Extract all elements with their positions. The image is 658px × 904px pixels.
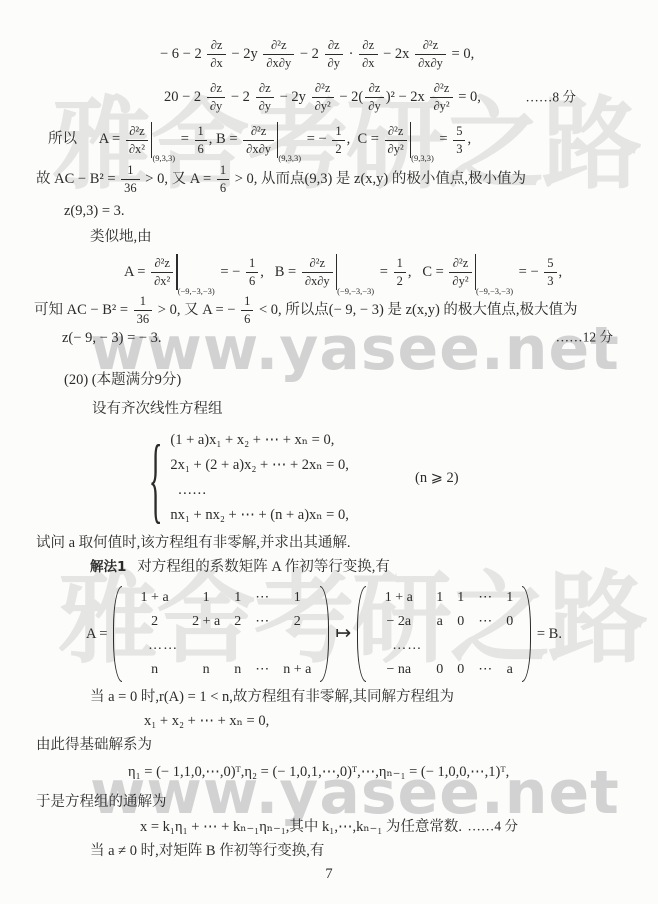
- matrix-cell: 0: [450, 610, 471, 634]
- fraction: 12: [332, 124, 344, 157]
- fraction-numerator: 1: [217, 163, 229, 180]
- fraction-numerator: 5: [453, 124, 465, 141]
- fraction: ∂²z∂x∂y: [243, 124, 274, 157]
- text-run: = −: [303, 131, 330, 147]
- fraction-numerator: ∂²z: [126, 124, 148, 141]
- fraction: 16: [246, 256, 258, 289]
- math-expression: 试问 a 取何值时,该方程组有非零解,并求出其通解.: [36, 535, 351, 551]
- text-run: (20) (本题满分9分): [64, 372, 181, 388]
- text-run: − 2: [227, 89, 253, 105]
- text-run: x = k₁η₁ + ⋯ + kₙ₋₁ηₙ₋₁,其中 k₁,⋯,kₙ₋₁ 为任意…: [140, 819, 462, 835]
- evaluation-bar: (−9,−3,−3): [475, 254, 513, 290]
- fraction-numerator: 1: [241, 294, 253, 311]
- math-expression: z(− 9, − 3) = − 3.: [62, 330, 162, 346]
- system-equation: (1 + a)x₁ + x₂ + ⋯ + xₙ = 0,: [170, 428, 349, 453]
- text-run: )² − 2x: [386, 89, 429, 105]
- text-run: A =: [124, 264, 149, 280]
- matrix-rhs-label: = B.: [533, 625, 562, 643]
- text-run: (1 + a)x₁ + x₂ + ⋯ + xₙ = 0,: [170, 432, 334, 448]
- fraction-denominator: ∂y: [207, 98, 225, 114]
- text-run: ·: [345, 46, 357, 62]
- fraction-numerator: 1: [394, 256, 406, 273]
- matrix-rows: 1 + a11⋯1− 2aa0⋯0……− na00⋯a: [368, 586, 520, 682]
- text-run: = 0,: [448, 46, 474, 62]
- math-expression: nx₁ + nx₂ + ⋯ + (n + a)xₙ = 0,: [170, 507, 349, 523]
- fraction: 136: [134, 294, 153, 327]
- matrix-cell: ⋯: [248, 586, 276, 610]
- text-run: 故 AC − B² =: [36, 171, 119, 187]
- fraction-denominator: 2: [394, 273, 406, 289]
- text-run: > 0, 从而点(9,3) 是 z(x,y) 的极小值点,极小值为: [231, 171, 526, 187]
- fraction: 136: [121, 163, 140, 196]
- matrix-cell: ⋯: [248, 610, 276, 634]
- text-run: − 2x: [380, 46, 414, 62]
- matrix-cell: ⋯: [471, 658, 499, 682]
- matrix-row: 22 + a2⋯2: [124, 610, 318, 634]
- maximum-value: z(− 9, − 3) = − 3.……12 分: [0, 329, 658, 347]
- right-paren: [320, 586, 329, 682]
- text-run: = −: [515, 264, 542, 280]
- matrix-lhs-label: A =: [86, 625, 111, 643]
- fraction-denominator: 3: [544, 273, 556, 289]
- fraction-numerator: ∂²z: [151, 256, 173, 273]
- fraction-denominator: 6: [217, 180, 229, 196]
- fraction-denominator: ∂y: [325, 55, 343, 71]
- fraction-numerator: ∂²z: [312, 81, 334, 98]
- fraction-numerator: 1: [195, 124, 207, 141]
- text-run: > 0, 又 A =: [142, 171, 215, 187]
- fraction-numerator: 1: [246, 256, 258, 273]
- system-equation: 2x₁ + (2 + a)x₂ + ⋯ + 2xₙ = 0,: [170, 453, 349, 478]
- fraction-numerator: ∂z: [365, 81, 383, 98]
- text-run: =: [436, 131, 451, 147]
- text-run: , B =: [209, 131, 241, 147]
- problem-20-header: (20) (本题满分9分): [0, 371, 658, 389]
- text-run: nx₁ + nx₂ + ⋯ + (n + a)xₙ = 0,: [170, 507, 349, 523]
- text-run: ……: [170, 482, 206, 498]
- matrix-row: − na00⋯a: [368, 658, 520, 682]
- text-run: =: [177, 131, 192, 147]
- math-expression: A = ∂²z∂x²(−9,−3,−3) = − 16, B = ∂²z∂x∂y…: [124, 264, 562, 280]
- fraction: ∂z∂y: [256, 81, 274, 114]
- fraction: 16: [217, 163, 229, 196]
- fraction-numerator: ∂z: [207, 38, 225, 55]
- matrix-row-reduction: A = 1 + a11⋯122 + a2⋯2……nnn⋯n + a↦1 + a1…: [0, 586, 658, 682]
- matrix-cell: 1: [276, 586, 318, 610]
- fraction-denominator: 36: [121, 180, 140, 196]
- text-run: η₁ = (− 1,1,0,⋯,0)ᵀ,η₂ = (− 1,0,1,⋯,0)ᵀ,…: [128, 764, 509, 780]
- text-run: , C =: [347, 131, 383, 147]
- matrix-rows: 1 + a11⋯122 + a2⋯2……nnn⋯n + a: [124, 586, 318, 682]
- text-run: 由此得基础解系为: [36, 737, 152, 753]
- scanned-document-page: 雅舍考研之路 www.yasee.net 雅舍考研之路 www.yasee.ne…: [0, 0, 658, 904]
- fraction-denominator: ∂x∂y: [302, 273, 333, 289]
- text-run: 设有齐次线性方程组: [92, 401, 223, 417]
- text-run: ,: [467, 131, 471, 147]
- math-expression: ……: [170, 482, 206, 498]
- text-run: z(− 9, − 3) = − 3.: [62, 330, 162, 346]
- math-expression: 解法1 对方程组的系数矩阵 A 作初等行变换,有: [90, 559, 390, 575]
- text-run: 试问 a 取何值时,该方程组有非零解,并求出其通解.: [36, 535, 351, 551]
- score-mark: ……4 分: [467, 818, 518, 835]
- fraction-denominator: 6: [241, 311, 253, 327]
- math-expression: z(9,3) = 3.: [64, 203, 125, 219]
- evaluation-bar: (9,3,3): [410, 122, 434, 158]
- math-expression: 当 a = 0 时,r(A) = 1 < n,故方程组有非零解,其同解方程组为: [90, 689, 454, 705]
- fraction-denominator: ∂x: [359, 55, 377, 71]
- fraction: ∂²z∂y²: [430, 81, 452, 114]
- matrix-cell: − 2a: [368, 610, 429, 634]
- fraction-denominator: ∂y: [256, 98, 274, 114]
- text-run: 7: [325, 866, 332, 882]
- evaluation-bar: (−9,−3,−3): [176, 254, 214, 290]
- text-run: − 2y: [276, 89, 310, 105]
- fraction-denominator: ∂y²: [312, 98, 334, 114]
- matrix-cell: 0: [429, 658, 450, 682]
- math-expression: η₁ = (− 1,1,0,⋯,0)ᵀ,η₂ = (− 1,0,1,⋯,0)ᵀ,…: [128, 764, 509, 780]
- matrix-cell: 2 + a: [185, 610, 227, 634]
- score-mark: ……8 分: [525, 89, 576, 106]
- minimum-value: z(9,3) = 3.: [0, 202, 658, 220]
- fraction-denominator: 6: [246, 273, 258, 289]
- equation-second-partials-y: 20 − 2 ∂z∂y − 2 ∂z∂y − 2y ∂²z∂y² − 2(∂z∂…: [0, 81, 658, 114]
- fraction-numerator: ∂²z: [302, 256, 333, 273]
- matrix-cell: 2: [227, 610, 248, 634]
- text-run: 类似地,由: [90, 229, 152, 245]
- matrix-row: 1 + a11⋯1: [124, 586, 318, 610]
- matrix-cell: n: [227, 658, 248, 682]
- system-rows: (1 + a)x₁ + x₂ + ⋯ + xₙ = 0,2x₁ + (2 + a…: [170, 428, 349, 528]
- fraction-numerator: ∂²z: [263, 38, 294, 55]
- fraction-denominator: 3: [453, 141, 465, 157]
- fraction-numerator: 1: [121, 163, 140, 180]
- text-run: 当 a = 0 时,r(A) = 1 < n,故方程组有非零解,其同解方程组为: [90, 689, 454, 705]
- text-run: 2x₁ + (2 + a)x₂ + ⋯ + 2xₙ = 0,: [170, 457, 349, 473]
- right-paren: [522, 586, 531, 682]
- fraction-denominator: ∂y²: [385, 141, 407, 157]
- matrix-cell: ⋯: [471, 586, 499, 610]
- fraction-numerator: ∂²z: [385, 124, 407, 141]
- math-expression: 7: [325, 866, 332, 882]
- fraction-numerator: ∂z: [256, 81, 274, 98]
- basis-intro: 由此得基础解系为: [0, 736, 658, 754]
- text-run: − 2(: [336, 89, 364, 105]
- fraction: ∂²z∂y²: [449, 256, 471, 289]
- text-run: z(9,3) = 3.: [64, 203, 125, 219]
- solution-1-header: 解法1 对方程组的系数矩阵 A 作初等行变换,有: [0, 558, 658, 576]
- fraction-denominator: ∂y: [365, 98, 383, 114]
- text-run: ,: [559, 264, 563, 280]
- fraction: 12: [394, 256, 406, 289]
- text-run: = 0,: [455, 89, 481, 105]
- reduced-equation: x₁ + x₂ + ⋯ + xₙ = 0,: [0, 712, 658, 730]
- left-paren: [113, 586, 122, 682]
- matrix-cell: a: [429, 610, 450, 634]
- matrix-cell: ⋯: [471, 610, 499, 634]
- matrix-row: − 2aa0⋯0: [368, 610, 520, 634]
- matrix-cell: n + a: [276, 658, 318, 682]
- problem-20-intro: 设有齐次线性方程组: [0, 400, 658, 418]
- fraction-denominator: ∂x: [207, 55, 225, 71]
- general-solution-intro: 于是方程组的通解为: [0, 793, 658, 811]
- matrix-cell: 1: [450, 586, 471, 610]
- abc-values-at-maximum: A = ∂²z∂x²(−9,−3,−3) = − 16, B = ∂²z∂x∂y…: [0, 254, 658, 290]
- fraction-denominator: 2: [332, 141, 344, 157]
- matrix-cell: n: [185, 658, 227, 682]
- fraction-denominator: ∂x∂y: [243, 141, 274, 157]
- fraction-numerator: ∂z: [207, 81, 225, 98]
- math-expression: 所以 A = ∂²z∂x²(9,3,3) = 16, B = ∂²z∂x∂y(9…: [48, 131, 471, 147]
- matrix-B: 1 + a11⋯1− 2aa0⋯0……− na00⋯a: [357, 586, 531, 682]
- fraction: ∂z∂y: [325, 38, 343, 71]
- matrix-cell: 0: [450, 658, 471, 682]
- fraction-numerator: ∂²z: [449, 256, 471, 273]
- fraction-denominator: ∂x∂y: [263, 55, 294, 71]
- fraction-numerator: ∂z: [359, 38, 377, 55]
- matrix-cell: 1: [227, 586, 248, 610]
- text-run: > 0, 又 A = −: [154, 302, 239, 318]
- math-expression: x₁ + x₂ + ⋯ + xₙ = 0,: [144, 713, 269, 729]
- system-condition: (n ⩾ 2): [415, 469, 459, 487]
- text-run: − 6 − 2: [160, 46, 205, 62]
- fraction-denominator: ∂y²: [449, 273, 471, 289]
- math-expression: 2x₁ + (2 + a)x₂ + ⋯ + 2xₙ = 0,: [170, 457, 349, 473]
- math-expression: 于是方程组的通解为: [36, 794, 167, 810]
- matrix-cell: 1: [429, 586, 450, 610]
- system-equation: ……: [170, 478, 349, 503]
- fraction-denominator: ∂x²: [126, 141, 148, 157]
- fraction: ∂²z∂x∂y: [415, 38, 446, 71]
- text-run: x₁ + x₂ + ⋯ + xₙ = 0,: [144, 713, 269, 729]
- fraction-denominator: ∂x∂y: [415, 55, 446, 71]
- score-mark: ……12 分: [556, 330, 613, 347]
- matrix-cell: 2: [124, 610, 185, 634]
- fraction: ∂z∂y: [207, 81, 225, 114]
- evaluation-bar: (−9,−3,−3): [336, 254, 374, 290]
- case-a-nonzero: 当 a ≠ 0 时,对矩阵 B 作初等行变换,有: [0, 842, 658, 860]
- fraction: ∂z∂x: [207, 38, 225, 71]
- matrix-row: ……: [124, 634, 318, 658]
- math-expression: 类似地,由: [90, 229, 152, 245]
- matrix-cell: a: [499, 658, 520, 682]
- equation-second-partials-x: − 6 − 2 ∂z∂x − 2y ∂²z∂x∂y − 2 ∂z∂y · ∂z∂…: [0, 38, 658, 71]
- text-run: 当 a ≠ 0 时,对矩阵 B 作初等行变换,有: [90, 843, 324, 859]
- fraction-denominator: 6: [195, 141, 207, 157]
- matrix-cell: ……: [368, 634, 429, 658]
- fraction: ∂²z∂y²: [312, 81, 334, 114]
- case-a-equals-zero: 当 a = 0 时,r(A) = 1 < n,故方程组有非零解,其同解方程组为: [0, 688, 658, 706]
- math-expression: 20 − 2 ∂z∂y − 2 ∂z∂y − 2y ∂²z∂y² − 2(∂z∂…: [164, 89, 481, 105]
- fraction: ∂z∂y: [365, 81, 383, 114]
- fraction-numerator: ∂²z: [430, 81, 452, 98]
- matrix-cell: n: [124, 658, 185, 682]
- row-reduction-arrow: ↦: [335, 622, 351, 646]
- fraction-numerator: 5: [544, 256, 556, 273]
- text-run: − 2: [296, 46, 322, 62]
- fraction: ∂z∂x: [359, 38, 377, 71]
- matrix-cell: 0: [499, 610, 520, 634]
- math-expression: x = k₁η₁ + ⋯ + kₙ₋₁ηₙ₋₁,其中 k₁,⋯,kₙ₋₁ 为任意…: [140, 819, 462, 835]
- math-expression: 可知 AC − B² = 136 > 0, 又 A = − 16 < 0, 所以…: [34, 302, 578, 318]
- fraction: ∂²z∂x²: [151, 256, 173, 289]
- text-run: < 0, 所以点(− 9, − 3) 是 z(x,y) 的极大值点,极大值为: [255, 302, 577, 318]
- general-solution: x = k₁η₁ + ⋯ + kₙ₋₁ηₙ₋₁,其中 k₁,⋯,kₙ₋₁ 为任意…: [0, 818, 658, 836]
- similarly-text: 类似地,由: [0, 228, 658, 246]
- system-brace: {: [149, 430, 163, 526]
- fraction: ∂²z∂y²: [385, 124, 407, 157]
- matrix-row: 1 + a11⋯1: [368, 586, 520, 610]
- basis-vectors: η₁ = (− 1,1,0,⋯,0)ᵀ,η₂ = (− 1,0,1,⋯,0)ᵀ,…: [0, 763, 658, 781]
- matrix-row: ……: [368, 634, 520, 658]
- minimum-conclusion: 故 AC − B² = 136 > 0, 又 A = 16 > 0, 从而点(9…: [0, 163, 658, 196]
- text-run: =: [376, 264, 391, 280]
- math-expression: 当 a ≠ 0 时,对矩阵 B 作初等行变换,有: [90, 843, 324, 859]
- math-expression: − 6 − 2 ∂z∂x − 2y ∂²z∂x∂y − 2 ∂z∂y · ∂z∂…: [160, 46, 474, 62]
- matrix-row: nnn⋯n + a: [124, 658, 318, 682]
- system-equation: nx₁ + nx₂ + ⋯ + (n + a)xₙ = 0,: [170, 503, 349, 528]
- fraction-numerator: ∂²z: [243, 124, 274, 141]
- fraction-numerator: 1: [134, 294, 153, 311]
- matrix-A: 1 + a11⋯122 + a2⋯2……nnn⋯n + a: [113, 586, 329, 682]
- matrix-cell: 1: [185, 586, 227, 610]
- left-paren: [357, 586, 366, 682]
- question-text: 试问 a 取何值时,该方程组有非零解,并求出其通解.: [0, 534, 658, 552]
- evaluation-bar: (9,3,3): [151, 122, 175, 158]
- matrix-cell: 1 + a: [368, 586, 429, 610]
- fraction-denominator: 36: [134, 311, 153, 327]
- text-run: 所以 A =: [48, 131, 124, 147]
- abc-values-at-minimum: 所以 A = ∂²z∂x²(9,3,3) = 16, B = ∂²z∂x∂y(9…: [0, 122, 658, 158]
- matrix-cell: 1 + a: [124, 586, 185, 610]
- fraction-numerator: ∂z: [325, 38, 343, 55]
- equation-system: {(1 + a)x₁ + x₂ + ⋯ + xₙ = 0,2x₁ + (2 + …: [0, 428, 658, 528]
- matrix-cell: − na: [368, 658, 429, 682]
- text-run: − 2y: [228, 46, 262, 62]
- text-run: , C =: [408, 264, 448, 280]
- matrix-cell: ……: [124, 634, 185, 658]
- fraction: 16: [241, 294, 253, 327]
- fraction: 53: [453, 124, 465, 157]
- math-expression: 由此得基础解系为: [36, 737, 152, 753]
- text-run: = −: [217, 264, 244, 280]
- evaluation-bar: (9,3,3): [277, 122, 301, 158]
- fraction: ∂²z∂x²: [126, 124, 148, 157]
- bold-text: 解法1: [90, 559, 126, 575]
- text-run: 可知 AC − B² =: [34, 302, 132, 318]
- matrix-cell: 1: [499, 586, 520, 610]
- fraction: ∂²z∂x∂y: [263, 38, 294, 71]
- text-run: 于是方程组的通解为: [36, 794, 167, 810]
- matrix-cell: 2: [276, 610, 318, 634]
- text-run: 对方程组的系数矩阵 A 作初等行变换,有: [126, 559, 389, 575]
- fraction-denominator: ∂y²: [430, 98, 452, 114]
- fraction-numerator: 1: [332, 124, 344, 141]
- fraction-denominator: ∂x²: [151, 273, 173, 289]
- document-content: − 6 − 2 ∂z∂x − 2y ∂²z∂x∂y − 2 ∂z∂y · ∂z∂…: [0, 0, 658, 904]
- fraction: 16: [195, 124, 207, 157]
- math-expression: 设有齐次线性方程组: [92, 401, 223, 417]
- text-run: , B =: [260, 264, 300, 280]
- text-run: 20 − 2: [164, 89, 205, 105]
- math-expression: (1 + a)x₁ + x₂ + ⋯ + xₙ = 0,: [170, 432, 334, 448]
- fraction-numerator: ∂²z: [415, 38, 446, 55]
- fraction: ∂²z∂x∂y: [302, 256, 333, 289]
- math-expression: (20) (本题满分9分): [64, 372, 181, 388]
- matrix-cell: ⋯: [248, 658, 276, 682]
- fraction: 53: [544, 256, 556, 289]
- math-expression: 故 AC − B² = 136 > 0, 又 A = 16 > 0, 从而点(9…: [36, 171, 526, 187]
- page-number: 7: [0, 865, 658, 883]
- maximum-conclusion: 可知 AC − B² = 136 > 0, 又 A = − 16 < 0, 所以…: [0, 294, 658, 327]
